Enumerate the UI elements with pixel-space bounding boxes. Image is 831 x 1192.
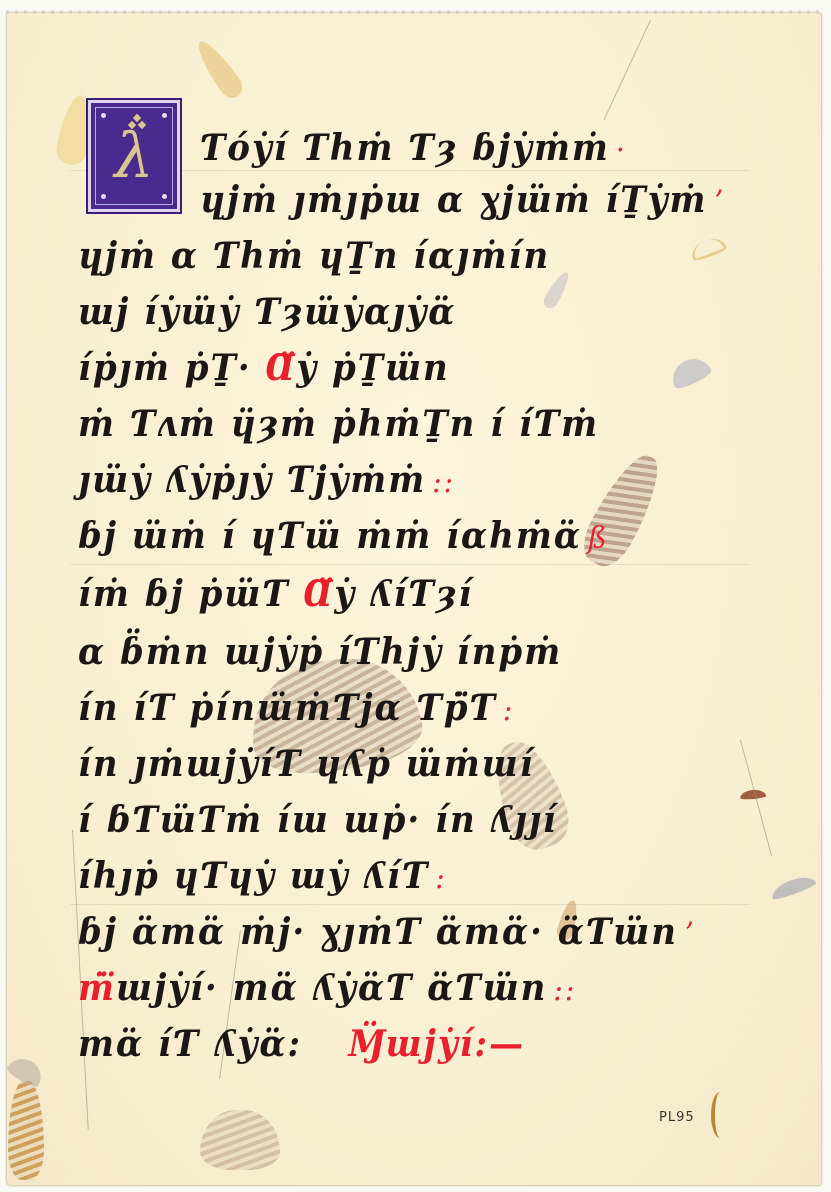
rubric-glyph: Ɑ̈ <box>266 346 297 389</box>
rubric-mark: ʼ <box>713 184 724 220</box>
text-line-14: íhȷṗ ɥƬɥẏ ɯẏ ʎíƬ: <box>78 852 447 900</box>
text-line-5: íṗȷṁ ṗṮ· Ɑ̈ẏ ṗṮɯ̈n <box>78 344 450 392</box>
text-line-15: ɓj ɑ̈mɑ̈ ṁj· ɣȷṁƬ ɑ̈mɑ̈· ɑ̈Ƭɯ̈nʼ <box>78 908 695 956</box>
text-line-12: ín ȷṁɯjẏíƬ ɥʎṗ ɯ̈ṁɯí <box>78 740 535 788</box>
text-line-1: Ƭóẏí Ƭhṁ Ƭȝ ɓjẏṁṁ· <box>200 124 627 172</box>
text-line-13: í ɓƬɯ̈Ƭṁ íɯ ɯṗ· ín ʎȷȷí <box>78 796 558 844</box>
illuminated-initial: λ <box>88 100 180 212</box>
text-line-8: ɓj ɯ̈ṁ í ɥƬɯ̈ ṁṁ íɑhṁɑ̈ß <box>78 512 609 560</box>
text-line-6: ṁ Ƭʌṁ ɥ̈ȝṁ ṗhṁṮn í íƬṁ <box>78 400 599 448</box>
rubric-glyph: ṁ̈ <box>78 966 116 1009</box>
rubric-mark: :: <box>432 464 455 500</box>
text-line-3: ɥjṁ ɑ Ƭhṁ ɥṮn íɑȷṁín <box>78 232 550 280</box>
text-line-17: mɑ̈ íƬ ʎẏɑ̈: Ɱ̈ɯjẏí:— <box>78 1020 525 1068</box>
deckle-edge <box>6 10 820 14</box>
initial-glyph: λ <box>91 125 177 187</box>
text-line-16: ṁ̈ɯjẏí· mɑ̈ ʎẏɑ̈Ƭ ɑ̈Ƭɯ̈n:: <box>78 964 576 1012</box>
artist-signature: PL95 <box>659 1110 695 1125</box>
rubric-glyph: Ɑ̈ <box>304 572 335 615</box>
text-line-11: ín íƬ ṗínɯ̈ṁƬjɑ Ƭṗ̈Ƭ: <box>78 684 514 732</box>
rubric-mark: ʼ <box>684 916 695 952</box>
text-line-7: ȷɯ̈ẏ ʎẏṗȷẏ Ƭjẏṁṁ:: <box>78 456 455 504</box>
text-line-4: ɯj íẏɯ̈ẏ Ƭȝɯ̈ẏɑȷẏɑ̈ <box>78 288 456 336</box>
rubric-mark: ß <box>588 520 609 556</box>
text-line-2: ɥjṁ ȷṁȷṗɯ ɑ ɣjɯ̈ṁ íṮẏṁʼ <box>200 176 724 224</box>
ruling-line <box>70 564 750 565</box>
text-line-10: ɑ ɓ̈ṁn ɯjẏṗ íƬhjẏ ínṗṁ <box>78 628 562 676</box>
rubric-closing: Ɱ̈ɯjẏí:— <box>346 1022 525 1065</box>
rubric-mark: :: <box>553 972 576 1008</box>
rubric-mark: · <box>616 132 627 168</box>
ruling-line <box>70 904 750 905</box>
rubric-mark: : <box>435 860 446 896</box>
rubric-mark: : <box>503 692 514 728</box>
pressed-petal-crescent <box>711 1092 729 1138</box>
text-line-9: íṁ ɓj ṗɯ̈Ƭ Ɑ̈ẏ ʎíƬȝí <box>78 570 473 618</box>
